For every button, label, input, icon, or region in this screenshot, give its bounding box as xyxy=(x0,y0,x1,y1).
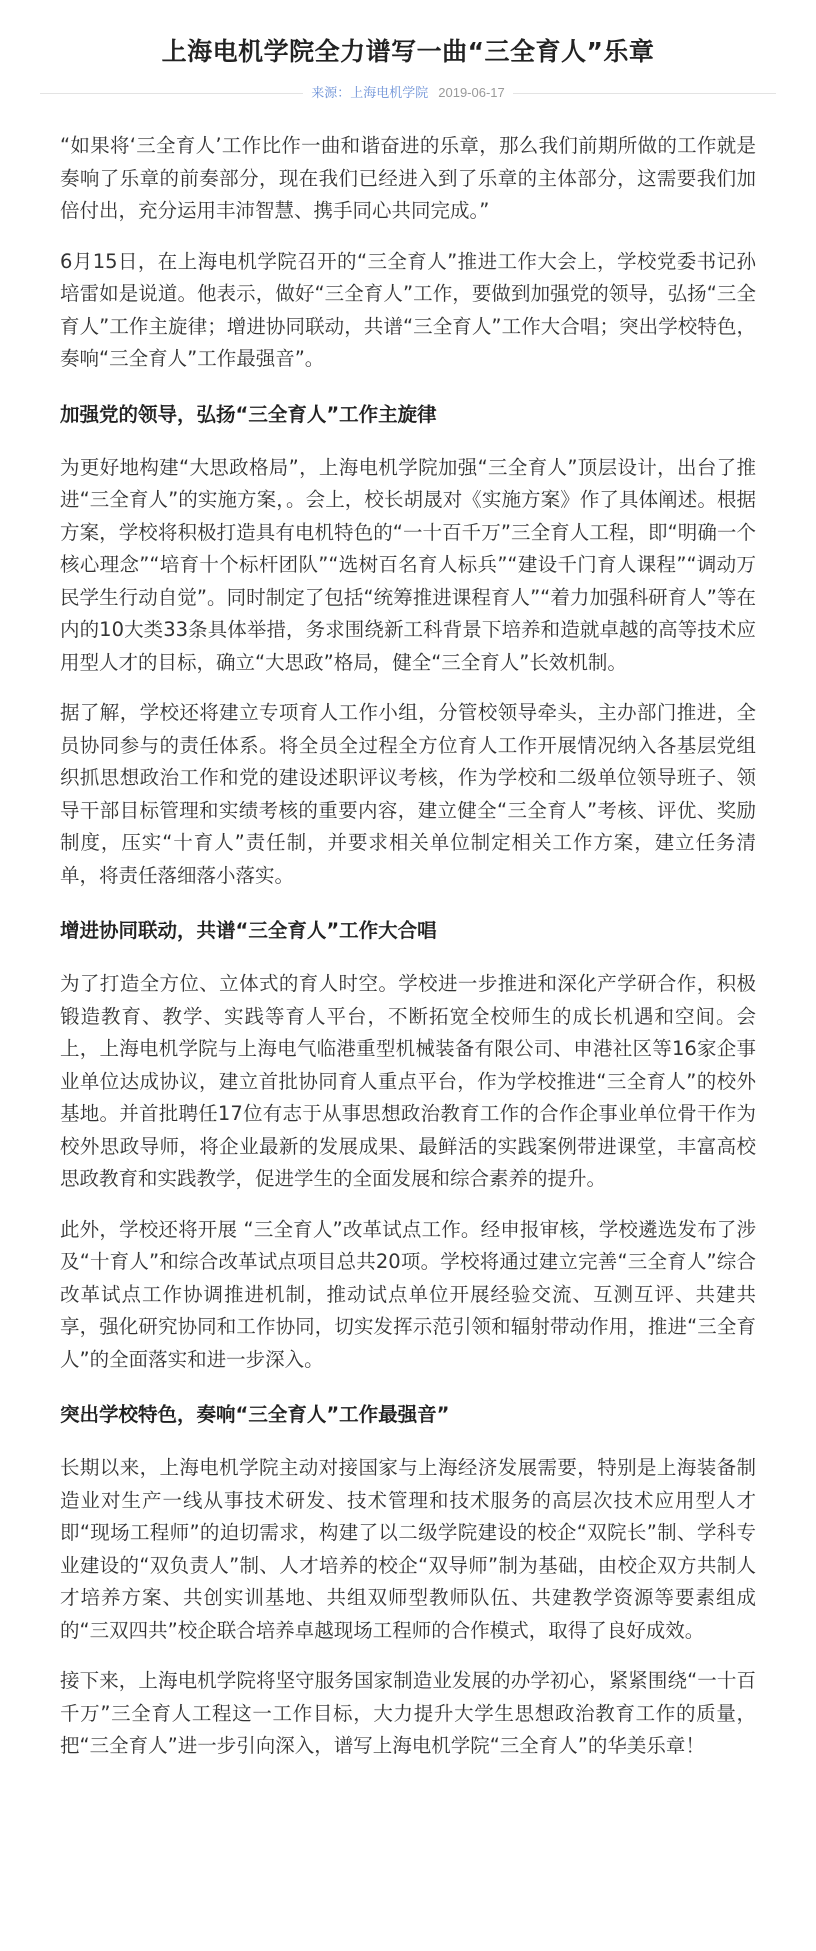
paragraph: 据了解，学校还将建立专项育人工作小组，分管校领导牵头，主办部门推进，全员协同参与… xyxy=(60,697,756,892)
paragraph-quote: “如果将‘三全育人’工作比作一曲和谐奋进的乐章，那么我们前期所做的工作就是奏响了… xyxy=(60,130,756,228)
paragraph: 接下来，上海电机学院将坚守服务国家制造业发展的办学初心，紧紧围绕“一十百千万”三… xyxy=(60,1665,756,1763)
divider-left xyxy=(40,93,303,94)
meta-text: 来源：上海电机学院2019-06-17 xyxy=(303,82,513,105)
paragraph: 为了打造全方位、立体式的育人时空。学校进一步推进和深化产学研合作，积极锻造教育、… xyxy=(60,968,756,1196)
section-heading: 突出学校特色，奏响“三全育人”工作最强音” xyxy=(60,1400,756,1430)
paragraph: 此外，学校还将开展 “三全育人”改革试点工作。经申报审核，学校遴选发布了涉及“十… xyxy=(60,1214,756,1377)
source-link[interactable]: 来源：上海电机学院 xyxy=(311,86,428,101)
paragraph: 为更好地构建“大思政格局”，上海电机学院加强“三全育人”顶层设计，出台了推进“三… xyxy=(60,452,756,680)
article-meta: 来源：上海电机学院2019-06-17 xyxy=(40,82,776,104)
paragraph: 6月15日，在上海电机学院召开的“三全育人”推进工作大会上，学校党委书记孙培雷如… xyxy=(60,246,756,376)
article: 上海电机学院全力谱写一曲“三全育人”乐章 来源：上海电机学院2019-06-17… xyxy=(0,0,816,1763)
divider-right xyxy=(513,93,776,94)
article-body: “如果将‘三全育人’工作比作一曲和谐奋进的乐章，那么我们前期所做的工作就是奏响了… xyxy=(0,104,816,1763)
article-title: 上海电机学院全力谱写一曲“三全育人”乐章 xyxy=(0,0,816,70)
publish-date: 2019-06-17 xyxy=(438,85,505,100)
section-heading: 加强党的领导，弘扬“三全育人”工作主旋律 xyxy=(60,400,756,430)
section-heading: 增进协同联动，共谱“三全育人”工作大合唱 xyxy=(60,916,756,946)
paragraph: 长期以来，上海电机学院主动对接国家与上海经济发展需要，特别是上海装备制造业对生产… xyxy=(60,1452,756,1647)
